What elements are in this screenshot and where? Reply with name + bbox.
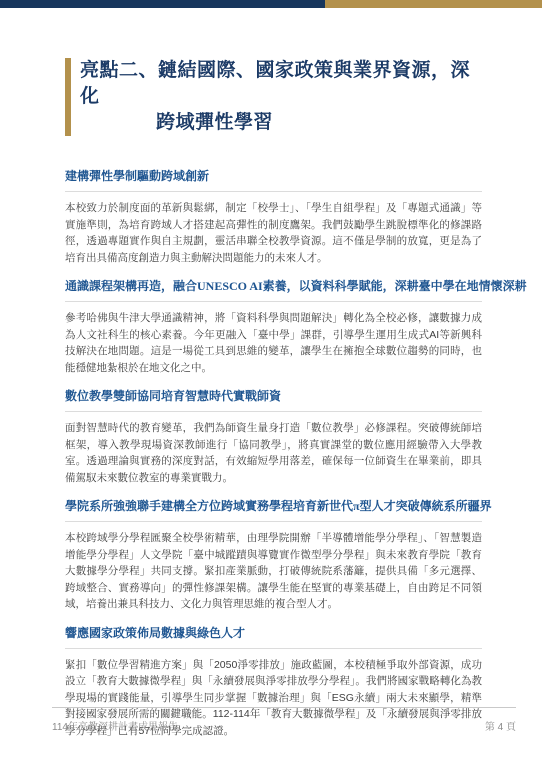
- page-title-line-2: 跨域彈性學習: [80, 110, 484, 136]
- section-body: 面對智慧時代的教育變革，我們為師資生量身打造「數位教學」必修課程。突破傳統師培框…: [65, 420, 482, 486]
- section-heading: 建構彈性學制驅動跨域創新: [65, 169, 482, 192]
- report-content: 建構彈性學制驅動跨域創新 本校致力於制度面的革新與鬆綁，制定「校學士」、「學生自…: [65, 169, 482, 739]
- highlight-title-block: 亮點二、鏈結國際、國家政策與業界資源，深化 跨域彈性學習: [65, 58, 484, 136]
- page-footer: 114年高教深耕計畫成果報告 第 4 頁: [52, 707, 516, 733]
- top-bar-gold-segment: [325, 0, 542, 8]
- section-heading: 響應國家政策佈局數據與綠色人才: [65, 626, 482, 649]
- section-heading: 通識課程架構再造，融合UNESCO AI素養，以資料科學賦能，深耕臺中學在地情懷…: [65, 279, 482, 302]
- section-body: 參考哈佛與牛津大學通識精神，將「資料科學與問題解決」轉化為全校必修，讓數據力成為…: [65, 310, 482, 376]
- report-page: 亮點二、鏈結國際、國家政策與業界資源，深化 跨域彈性學習 建構彈性學制驅動跨域創…: [0, 0, 542, 768]
- section-heading: 數位教學雙師協同培育智慧時代實戰師資: [65, 389, 482, 412]
- top-bar-navy-segment: [0, 0, 325, 8]
- footer-page-number: 第 4 頁: [485, 718, 516, 733]
- section-cross-domain-programs: 學院系所強強聯手建構全方位跨域實務學程培育新世代π型人才突破傳統系所疆界 本校跨…: [65, 499, 482, 613]
- section-heading: 學院系所強強聯手建構全方位跨域實務學程培育新世代π型人才突破傳統系所疆界: [65, 499, 482, 522]
- page-title-line-1: 亮點二、鏈結國際、國家政策與業界資源，深化: [80, 58, 484, 110]
- top-decoration-bar: [0, 0, 542, 8]
- section-body: 本校致力於制度面的革新與鬆綁，制定「校學士」、「學生自組學程」及「專題式通識」等…: [65, 200, 482, 266]
- section-digital-teaching-dual-mentor: 數位教學雙師協同培育智慧時代實戰師資 面對智慧時代的教育變革，我們為師資生量身打…: [65, 389, 482, 486]
- section-general-education-ai: 通識課程架構再造，融合UNESCO AI素養，以資料科學賦能，深耕臺中學在地情懷…: [65, 279, 482, 376]
- page-title: 亮點二、鏈結國際、國家政策與業界資源，深化 跨域彈性學習: [80, 58, 484, 136]
- section-body: 本校跨域學分學程匯聚全校學術精華，由理學院開辦「半導體增能學分學程」、「智慧製造…: [65, 530, 482, 613]
- gold-accent-bar: [65, 58, 71, 136]
- section-flexible-academic-system: 建構彈性學制驅動跨域創新 本校致力於制度面的革新與鬆綁，制定「校學士」、「學生自…: [65, 169, 482, 266]
- footer-report-title: 114年高教深耕計畫成果報告: [52, 718, 178, 733]
